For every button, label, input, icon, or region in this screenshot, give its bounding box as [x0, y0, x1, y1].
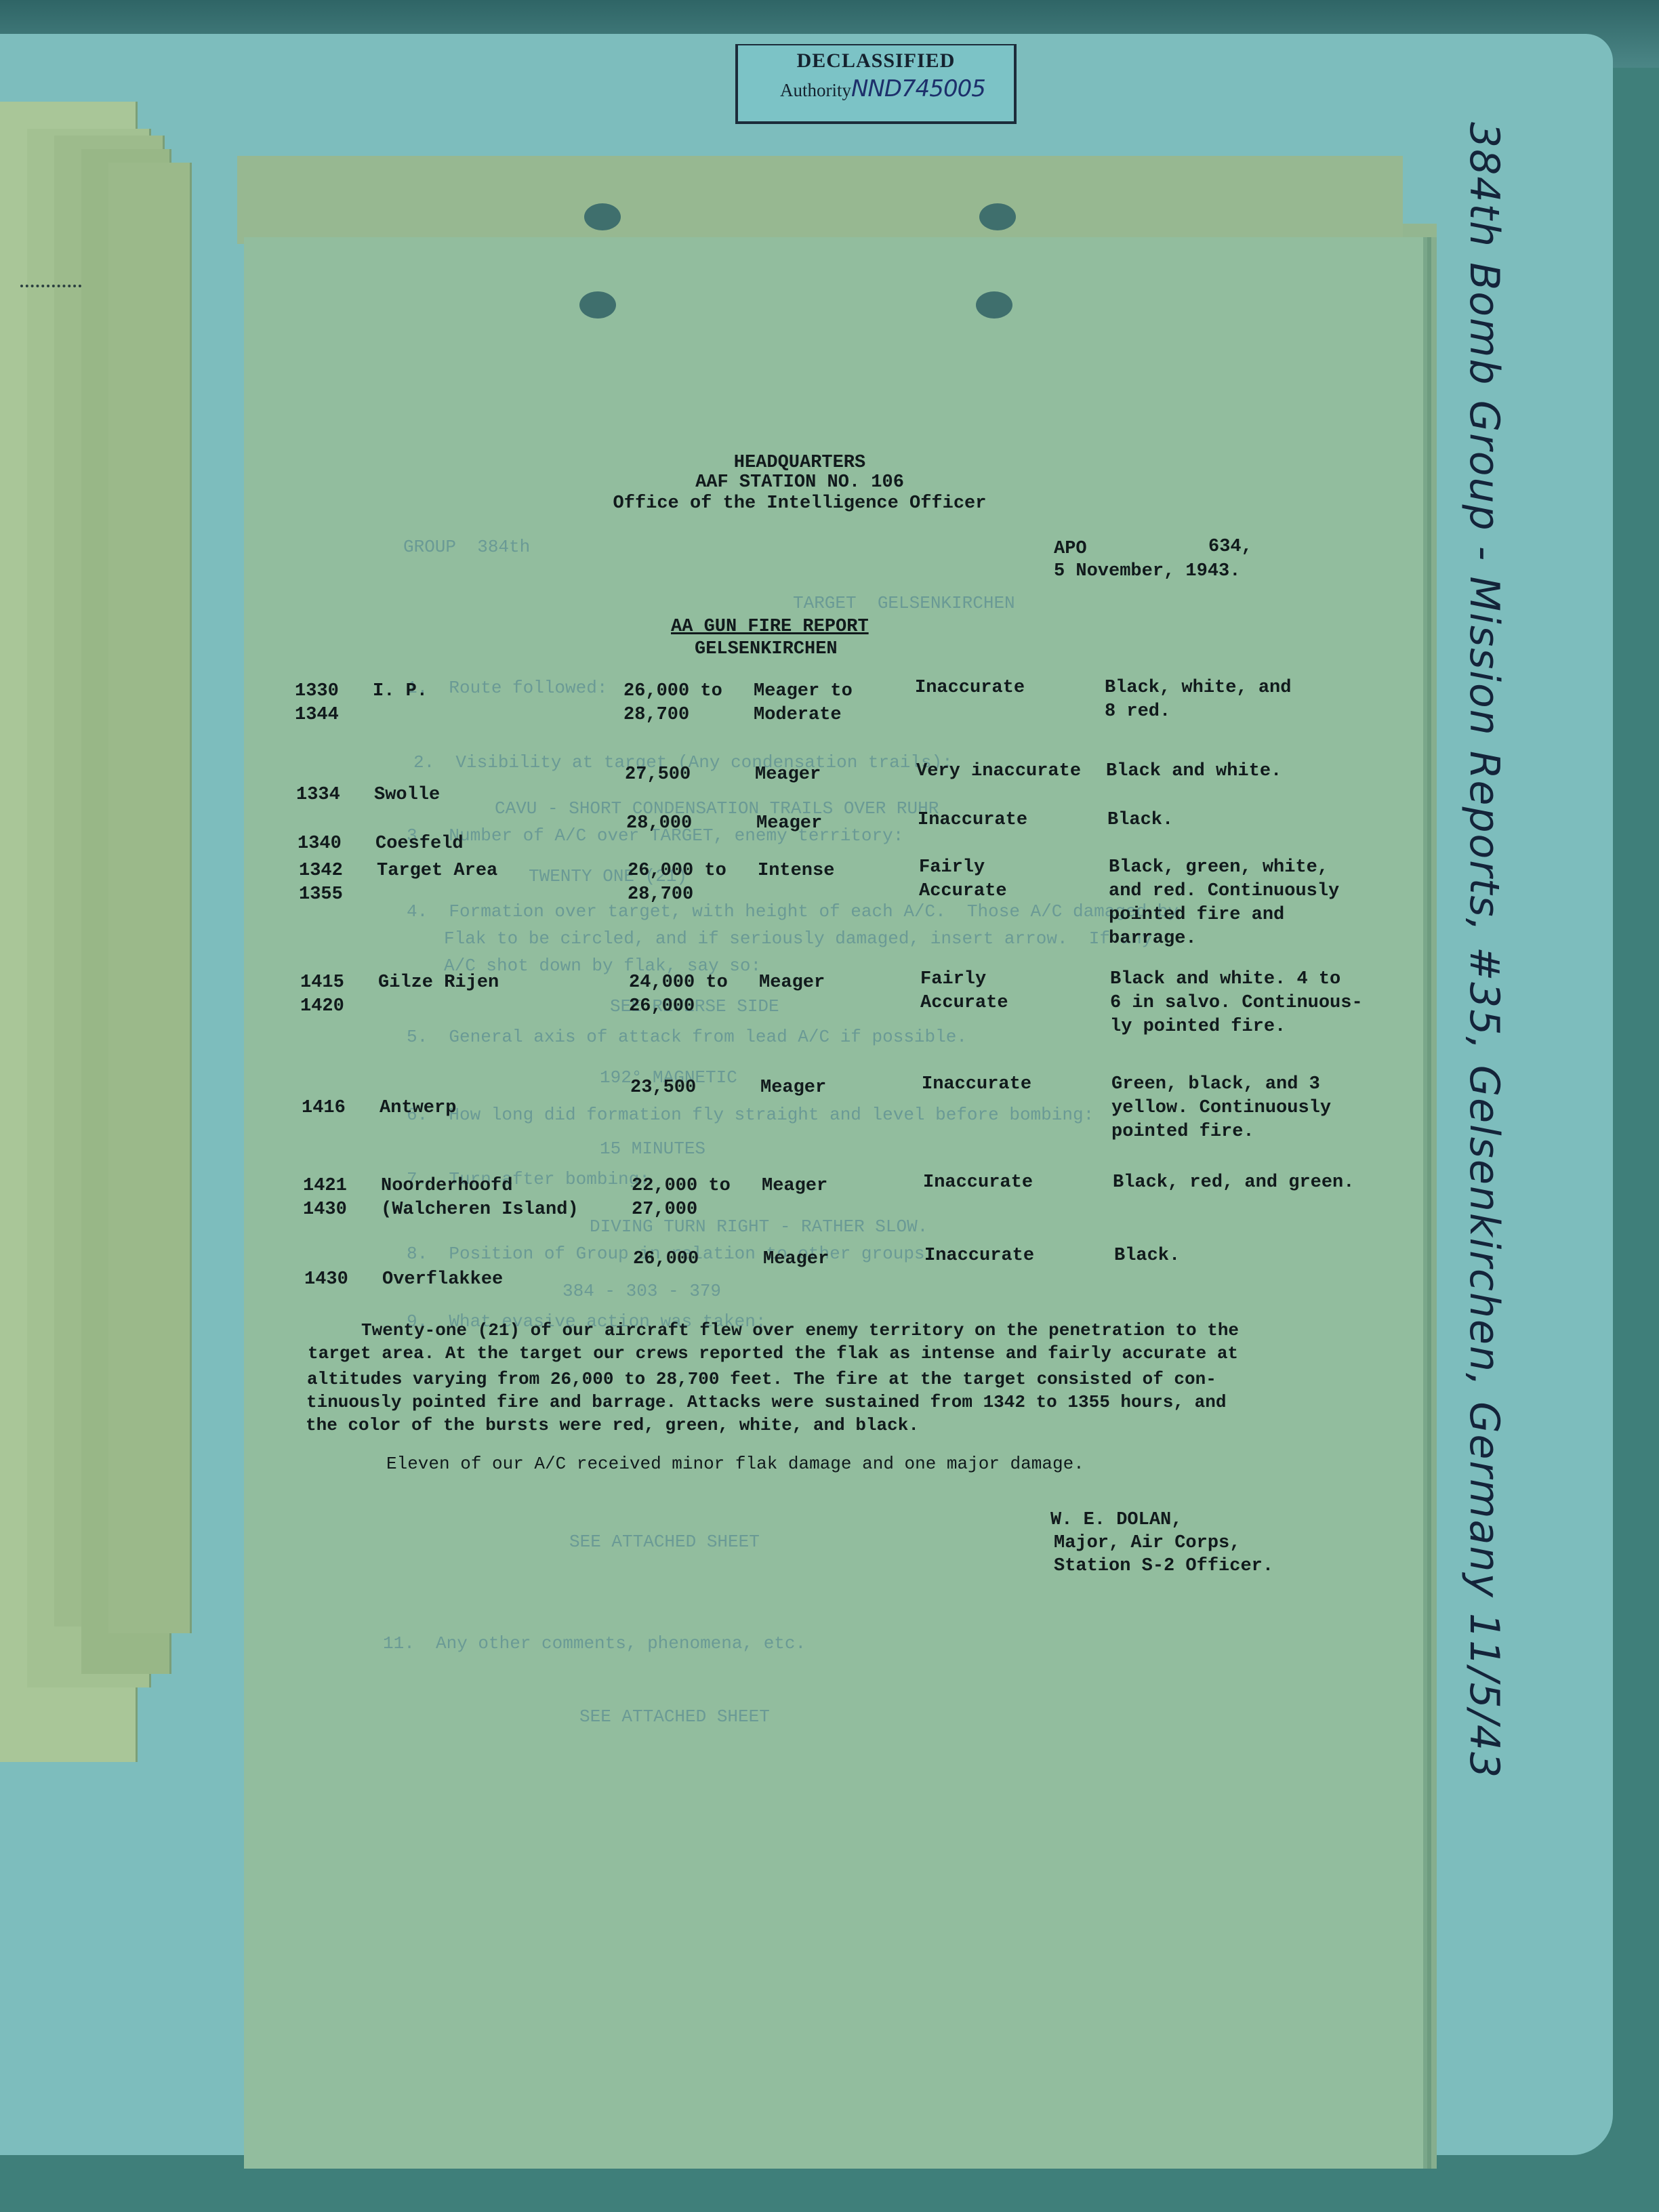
table-cell-time: 1340 — [298, 834, 342, 854]
table-cell-remarks: Green, black, and 3 — [1111, 1074, 1320, 1094]
table-cell-intensity: Moderate — [754, 705, 842, 725]
signature-name: W. E. DOLAN, — [1050, 1510, 1182, 1530]
table-cell-remarks: 8 red. — [1105, 701, 1170, 722]
table-cell-altitude: 27,000 — [632, 1200, 697, 1220]
table-cell-time: 1421 — [303, 1176, 347, 1196]
table-cell-remarks: 6 in salvo. Continuous- — [1110, 993, 1363, 1013]
table-cell-time: 1342 — [299, 861, 343, 881]
table-cell-altitude: 28,700 — [623, 705, 689, 725]
table-cell-location: Swolle — [374, 785, 440, 805]
table-cell-remarks: pointed fire and — [1109, 905, 1284, 925]
table-cell-time: 1420 — [300, 996, 344, 1017]
report-subtitle: GELSENKIRCHEN — [695, 639, 838, 659]
table-cell-remarks: barrage. — [1109, 928, 1197, 949]
ghost-route: 1. Route followed: — [407, 678, 607, 698]
header-date: 5 November, 1943. — [1054, 561, 1240, 581]
header-headquarters: HEADQUARTERS — [583, 453, 1017, 473]
table-cell-location: I. P. — [373, 681, 428, 701]
table-cell-remarks: Black. — [1114, 1246, 1180, 1266]
punch-hole — [584, 203, 621, 230]
ghost-formation-2: Flak to be circled, and if seriously dam… — [444, 928, 1152, 949]
ghost-see-attached-2: SEE ATTACHED SHEET — [579, 1706, 770, 1727]
table-cell-remarks: yellow. Continuously — [1111, 1098, 1331, 1118]
table-cell-intensity: Meager — [756, 813, 822, 834]
ghost-minutes: 15 MINUTES — [600, 1139, 705, 1159]
ghost-comments: 11. Any other comments, phenomena, etc. — [383, 1633, 806, 1654]
ghost-target: TARGET GELSENKIRCHEN — [793, 593, 1015, 613]
table-cell-location: Overflakkee — [382, 1269, 503, 1290]
table-cell-accuracy: Fairly — [920, 969, 986, 989]
table-cell-remarks: and red. Continuously — [1109, 881, 1339, 901]
table-cell-accuracy: Accurate — [919, 881, 1007, 901]
table-cell-time: 1355 — [299, 884, 343, 905]
table-cell-accuracy: Very inaccurate — [916, 761, 1081, 781]
table-cell-remarks: ly pointed fire. — [1110, 1017, 1286, 1037]
header-apo-number: 634, — [1208, 537, 1252, 557]
table-cell-remarks: pointed fire. — [1111, 1122, 1254, 1142]
table-cell-accuracy: Inaccurate — [922, 1074, 1031, 1094]
signature-title: Station S-2 Officer. — [1054, 1556, 1273, 1576]
table-cell-altitude: 27,500 — [625, 764, 691, 785]
table-cell-time: 1344 — [295, 705, 339, 725]
table-cell-remarks: Black, red, and green. — [1113, 1172, 1354, 1193]
table-cell-altitude: 22,000 to — [632, 1176, 731, 1196]
stamp-authority: AuthorityNND745005 — [738, 75, 1014, 102]
table-cell-accuracy: Inaccurate — [923, 1172, 1033, 1193]
table-cell-intensity: Meager — [759, 972, 825, 993]
table-cell-location: (Walcheren Island) — [381, 1200, 579, 1220]
table-cell-remarks: Black, white, and — [1105, 678, 1291, 698]
handwritten-margin-note: 384th Bomb Group - Mission Reports, #35,… — [1460, 122, 1508, 1779]
table-cell-time: 1415 — [300, 972, 344, 993]
table-cell-intensity: Meager — [755, 764, 821, 785]
table-cell-accuracy: Inaccurate — [915, 678, 1025, 698]
table-cell-altitude: 28,000 — [626, 813, 692, 834]
table-cell-location: Coesfeld — [375, 834, 464, 854]
header-station: AAF STATION NO. 106 — [583, 472, 1017, 493]
table-cell-time: 1334 — [296, 785, 340, 805]
table-cell-altitude: 26,000 — [633, 1249, 699, 1269]
table-cell-altitude: 24,000 to — [629, 972, 728, 993]
ghost-see-attached-1: SEE ATTACHED SHEET — [569, 1532, 760, 1552]
report-title: AA GUN FIRE REPORT — [671, 617, 869, 637]
stamp-authority-label: Authority — [780, 80, 851, 100]
ghost-group: GROUP 384th — [403, 537, 530, 557]
table-cell-remarks: Black, green, white, — [1109, 857, 1328, 878]
table-cell-time: 1416 — [302, 1098, 346, 1118]
summary-line: Twenty-one (21) of our aircraft flew ove… — [308, 1320, 1239, 1340]
summary-line: the color of the bursts were red, green,… — [306, 1415, 919, 1435]
table-cell-time: 1430 — [303, 1200, 347, 1220]
ghost-formation: 4. Formation over target, with height of… — [407, 901, 1179, 922]
header-office: Office of the Intelligence Officer — [542, 493, 1057, 514]
table-cell-accuracy: Fairly — [919, 857, 985, 878]
table-cell-accuracy: Inaccurate — [918, 810, 1027, 830]
table-cell-accuracy: Inaccurate — [924, 1246, 1034, 1266]
paper-top-edge — [237, 156, 1403, 244]
declassified-stamp: DECLASSIFIED AuthorityNND745005 — [735, 44, 1017, 124]
left-stack-mark — [20, 285, 81, 293]
table-cell-altitude: 28,700 — [628, 884, 693, 905]
damage-statement: Eleven of our A/C received minor flak da… — [386, 1454, 1084, 1474]
table-cell-intensity: Meager — [762, 1176, 827, 1196]
summary-line: altitudes varying from 26,000 to 28,700 … — [307, 1369, 1216, 1389]
header-apo-label: APO — [1054, 539, 1087, 559]
summary-line: tinuously pointed fire and barrage. Atta… — [306, 1392, 1226, 1412]
table-cell-location: Gilze Rijen — [378, 972, 499, 993]
punch-hole — [979, 203, 1016, 230]
table-cell-remarks: Black and white. — [1106, 761, 1282, 781]
table-cell-altitude: 23,500 — [630, 1078, 696, 1098]
table-cell-intensity: Meager — [763, 1249, 829, 1269]
table-cell-location: Antwerp — [380, 1098, 456, 1118]
table-cell-intensity: Intense — [758, 861, 834, 881]
table-cell-intensity: Meager to — [754, 681, 853, 701]
punch-hole — [579, 291, 616, 319]
table-cell-altitude: 26,000 to — [623, 681, 722, 701]
table-cell-time: 1430 — [304, 1269, 348, 1290]
table-cell-intensity: Meager — [760, 1078, 826, 1098]
stamp-authority-value: NND745005 — [851, 75, 985, 102]
table-cell-remarks: Black and white. 4 to — [1110, 969, 1340, 989]
punch-hole — [976, 291, 1012, 319]
table-cell-altitude: 26,000 — [629, 996, 695, 1017]
table-cell-location: Noorderhoofd — [381, 1176, 512, 1196]
summary-line: target area. At the target our crews rep… — [308, 1343, 1238, 1364]
table-cell-accuracy: Accurate — [920, 993, 1008, 1013]
ghost-cavu: CAVU - SHORT CONDENSATION TRAILS OVER RU… — [495, 798, 939, 819]
table-cell-altitude: 26,000 to — [628, 861, 726, 881]
table-cell-time: 1330 — [295, 681, 339, 701]
signature-rank: Major, Air Corps, — [1054, 1533, 1240, 1553]
ghost-groups: 384 - 303 - 379 — [562, 1281, 721, 1301]
adjacent-document-stack — [0, 102, 224, 1796]
stamp-title: DECLASSIFIED — [738, 49, 1014, 73]
table-cell-remarks: Black. — [1107, 810, 1173, 830]
ghost-axis: 5. General axis of attack from lead A/C … — [407, 1027, 967, 1047]
ghost-straight: 6. How long did formation fly straight a… — [407, 1105, 1094, 1125]
table-cell-location: Target Area — [377, 861, 497, 881]
